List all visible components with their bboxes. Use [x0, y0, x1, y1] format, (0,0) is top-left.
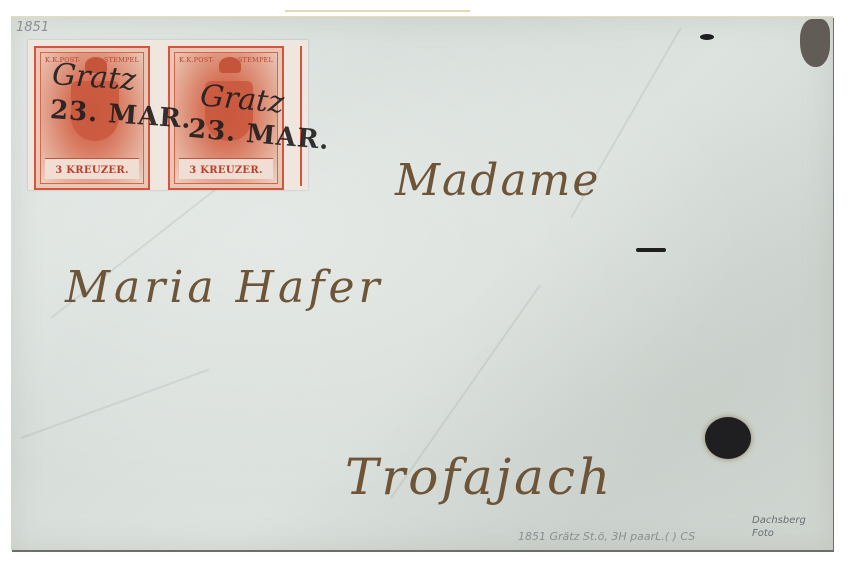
- ink-spot: [700, 34, 714, 40]
- ink-blot: [705, 417, 751, 459]
- address-salutation: Madame: [395, 155, 600, 206]
- ink-dash: [636, 248, 666, 252]
- year-pencil-note: 1851: [16, 20, 49, 35]
- cancel-town-2: Gratz: [199, 78, 286, 120]
- stamp-value: 3 KREUZER.: [175, 165, 277, 176]
- address-name: Maria Hafer: [65, 262, 384, 313]
- stamp-value: 3 KREUZER.: [41, 165, 143, 176]
- address-destination: Trofajach: [345, 448, 613, 506]
- pencil-signature: Dachsberg Foto: [752, 514, 822, 540]
- crown-icon: [219, 57, 241, 73]
- corner-stain: [800, 19, 830, 67]
- stamp-top-left-text: K.K.POST-: [179, 56, 215, 64]
- stamp-top-right-text: STEMPEL: [238, 56, 273, 64]
- adjacent-stamp-margin: [300, 46, 306, 186]
- paper-crease: [21, 369, 210, 439]
- cancel-town-1: Gratz: [51, 57, 137, 98]
- pencil-catalog-note: 1851 Grätz St.ö, 3H paarL.( ) CS: [518, 530, 695, 543]
- envelope-top-flap: [285, 10, 470, 12]
